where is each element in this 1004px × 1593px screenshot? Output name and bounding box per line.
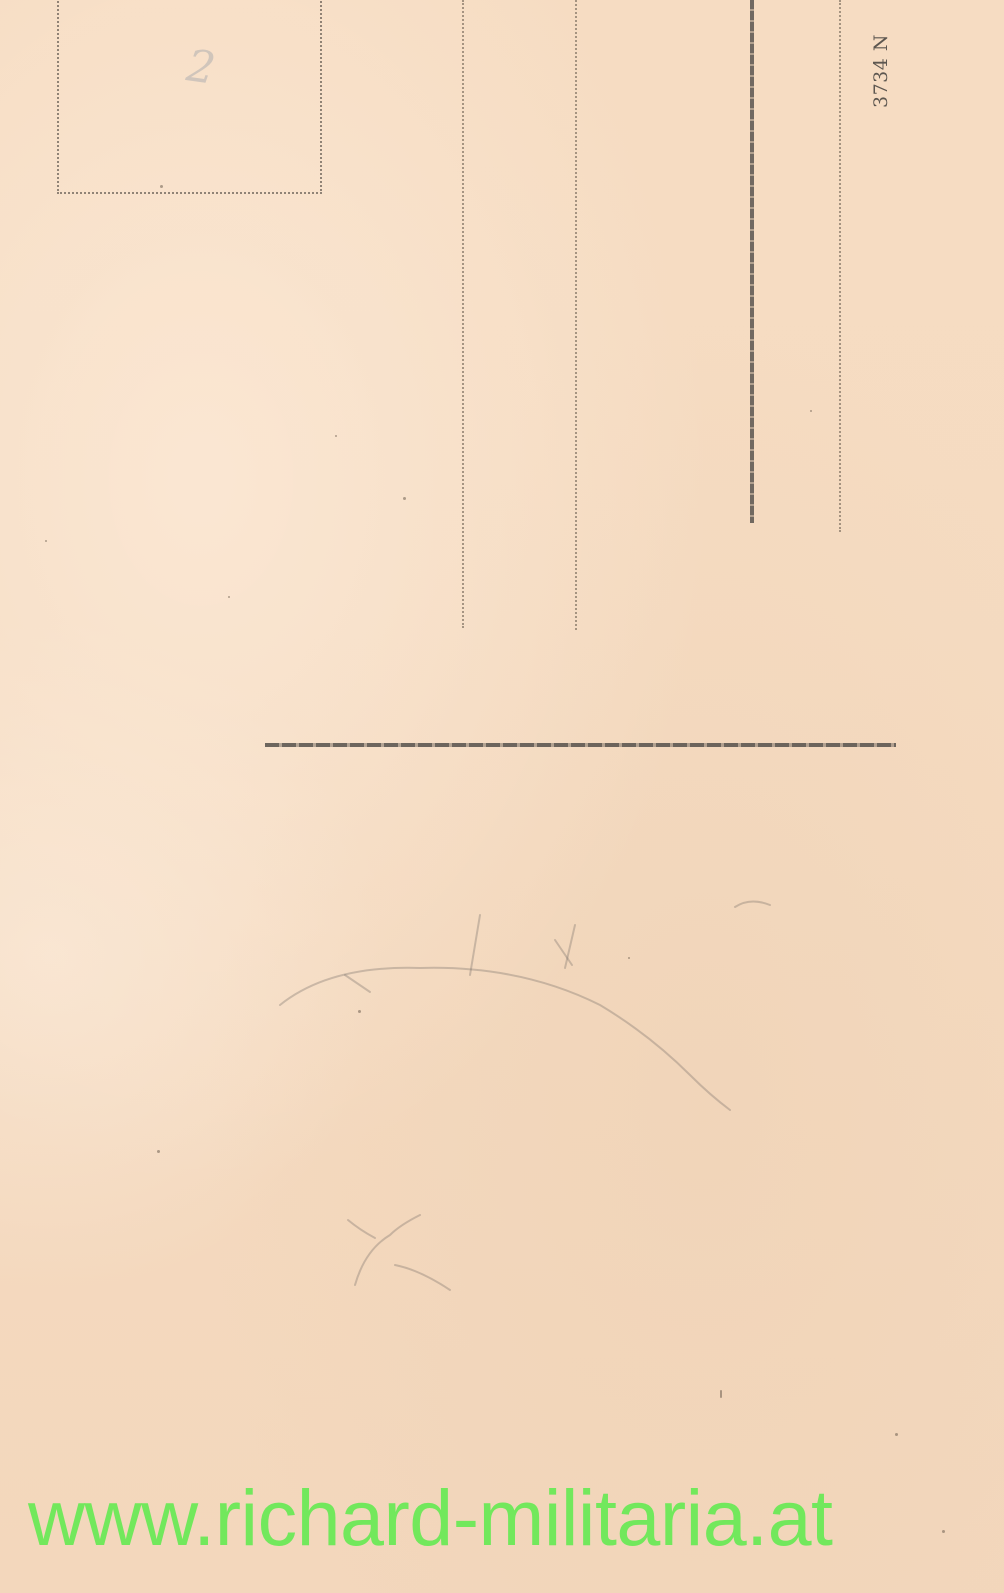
paper-speckle — [628, 957, 630, 959]
address-dotted-line — [839, 0, 841, 532]
paper-speckle — [157, 1150, 160, 1153]
stamp-placement-box: 2 — [57, 0, 322, 194]
paper-speckle — [45, 540, 47, 542]
postcard-back: 2 3734 N www.richard-militaria.at — [0, 0, 1004, 1593]
address-divider-horizontal-line — [265, 743, 896, 747]
paper-speckle — [720, 1390, 722, 1398]
watermark-url: www.richard-militaria.at — [28, 1478, 833, 1557]
catalog-number: 3734 N — [870, 18, 900, 108]
pencil-ghost-marks — [0, 0, 1004, 1593]
pencil-mark: 2 — [184, 40, 219, 94]
paper-speckle — [228, 596, 230, 598]
message-dotted-line — [575, 0, 577, 630]
paper-speckle — [810, 410, 812, 412]
paper-speckle — [335, 435, 337, 437]
message-dotted-line — [462, 0, 464, 628]
paper-speckle — [942, 1530, 945, 1533]
paper-speckle — [403, 497, 406, 500]
paper-speckle — [895, 1433, 898, 1436]
paper-speckle — [358, 1010, 361, 1013]
address-divider-vertical-line — [750, 0, 754, 523]
